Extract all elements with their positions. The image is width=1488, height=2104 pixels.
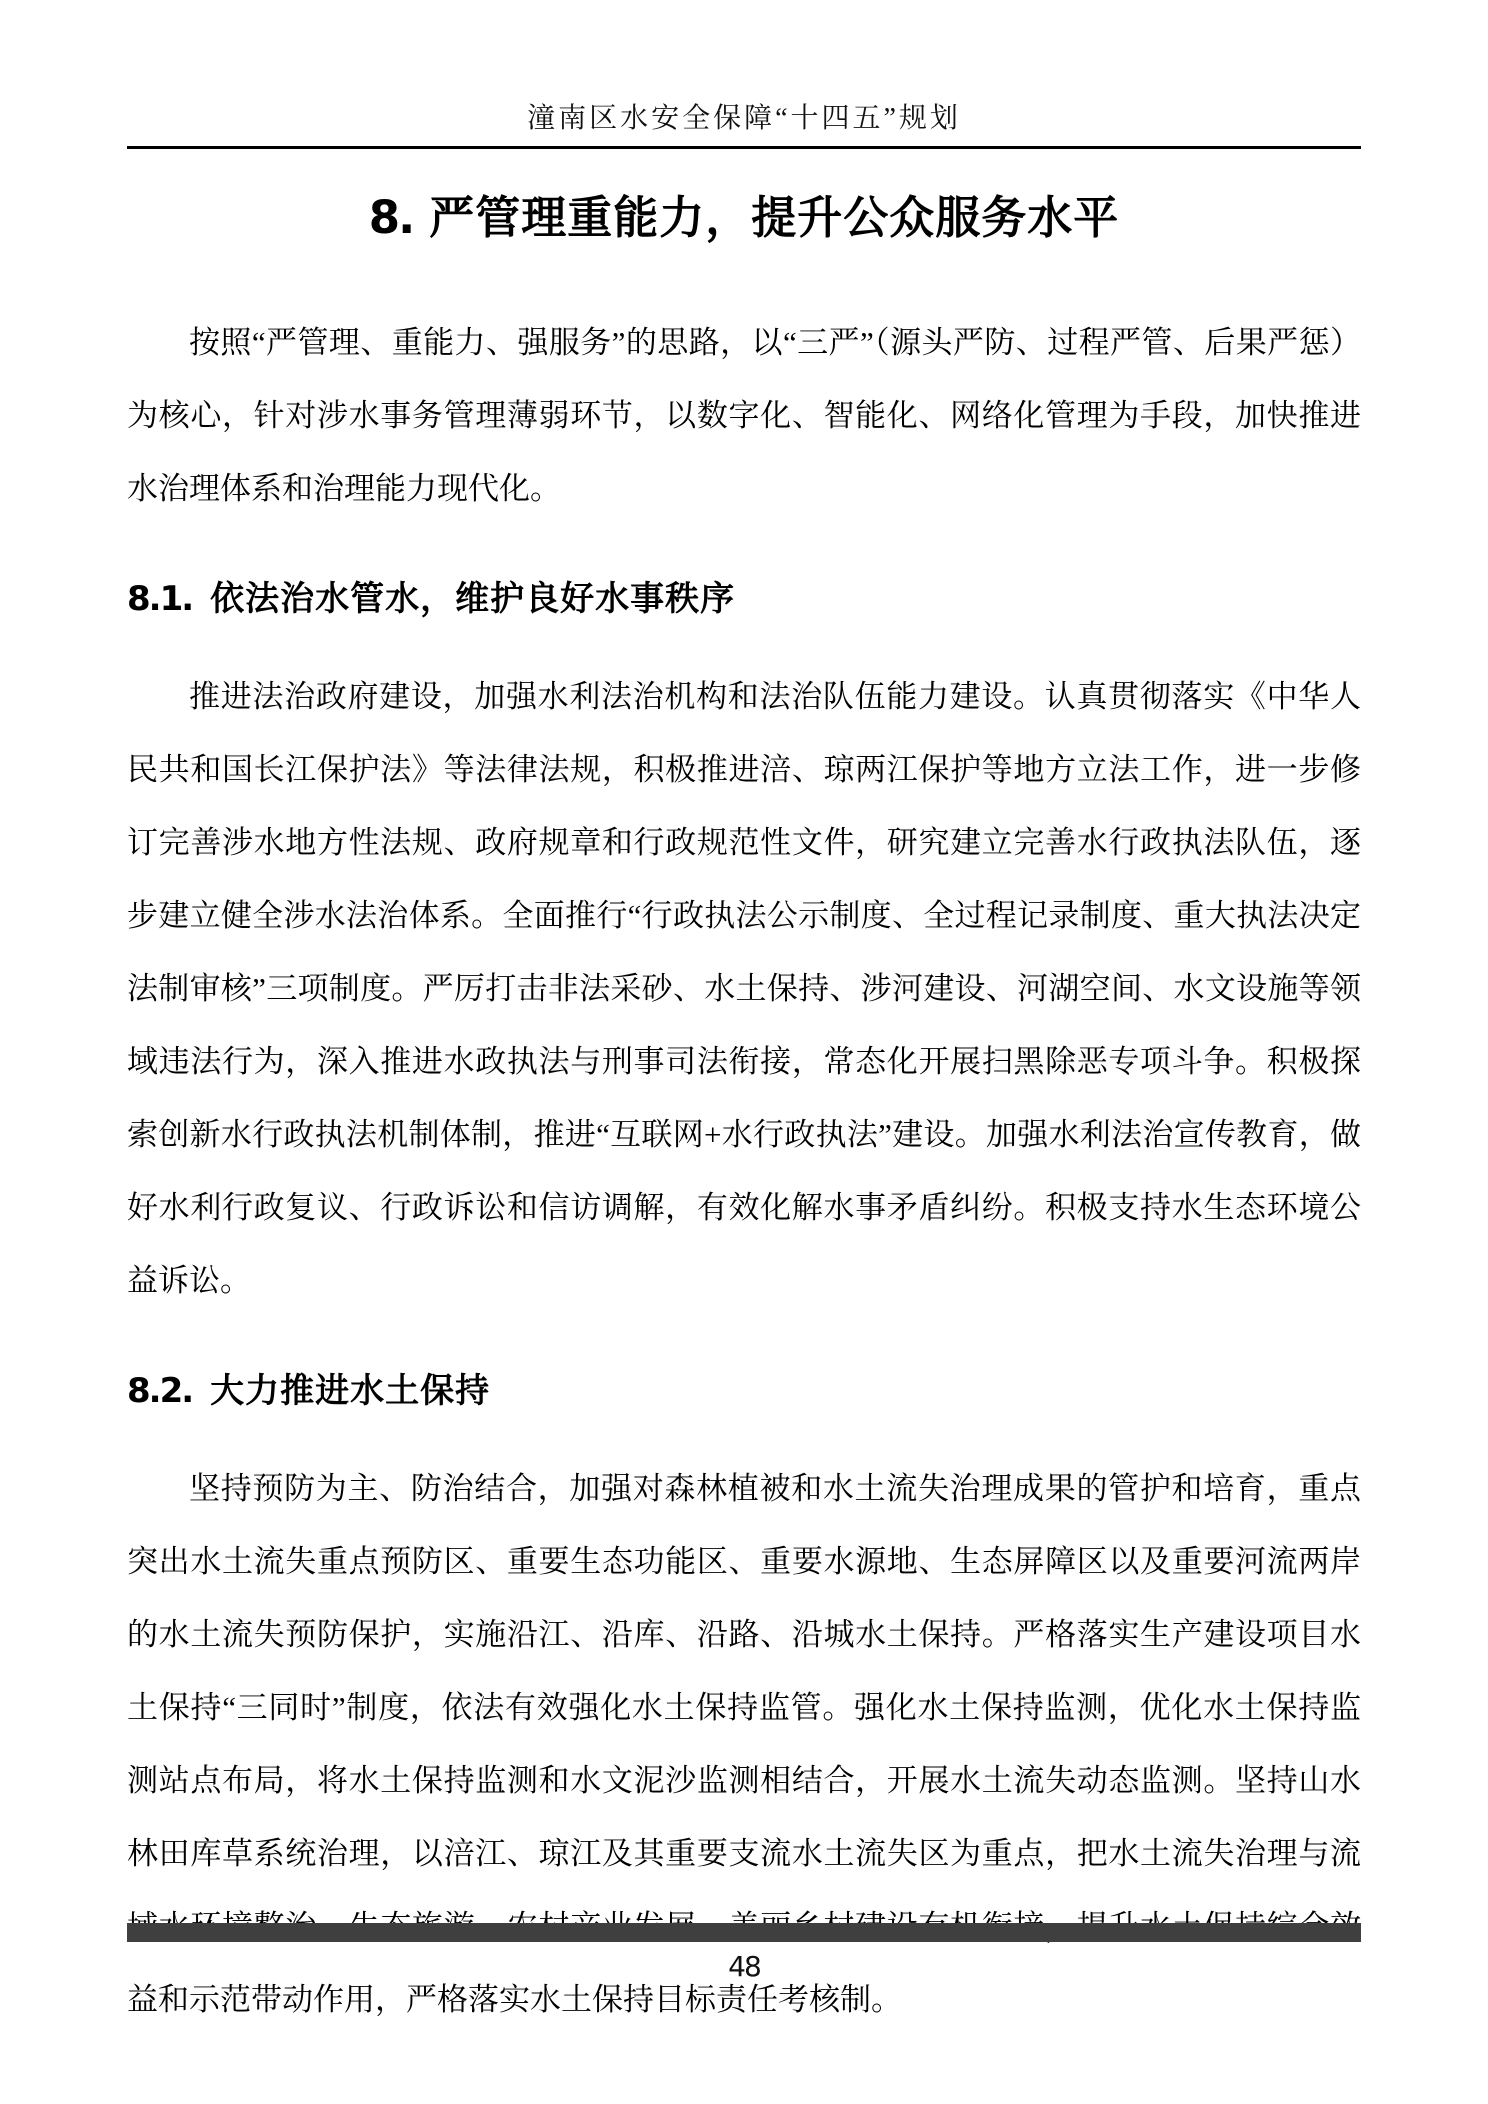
section-8-2-number: 8.2.: [127, 1371, 192, 1411]
chapter-heading: 8.严管理重能力，提升公众服务水平: [127, 181, 1361, 246]
chapter-title: 严管理重能力，提升公众服务水平: [429, 193, 1119, 243]
section-8-1-heading: 8.1.依法治水管水，维护良好水事秩序: [127, 571, 1361, 620]
section-8-2-body: 坚持预防为主、防治结合，加强对森林植被和水土流失治理成果的管护和培育，重点突出水…: [127, 1452, 1361, 2036]
intro-paragraph: 按照“严管理、重能力、强服务”的思路，以“三严”（源头严防、过程严管、后果严惩）…: [127, 306, 1361, 525]
running-header: 潼南区水安全保障“十四五”规划: [0, 0, 1488, 136]
header-divider: [127, 146, 1361, 149]
footer-bar: [127, 1923, 1361, 1942]
section-8-1-title: 依法治水管水，维护良好水事秩序: [210, 579, 735, 619]
section-8-1-number: 8.1.: [127, 579, 192, 619]
section-8-2-title: 大力推进水土保持: [210, 1371, 490, 1411]
section-8-2-heading: 8.2.大力推进水土保持: [127, 1363, 1361, 1412]
document-page: 潼南区水安全保障“十四五”规划 8.严管理重能力，提升公众服务水平 按照“严管理…: [0, 0, 1488, 2104]
section-8-1-body: 推进法治政府建设，加强水利法治机构和法治队伍能力建设。认真贯彻落实《中华人民共和…: [127, 660, 1361, 1317]
chapter-number: 8.: [369, 191, 413, 244]
page-number: 48: [0, 1950, 1488, 1983]
